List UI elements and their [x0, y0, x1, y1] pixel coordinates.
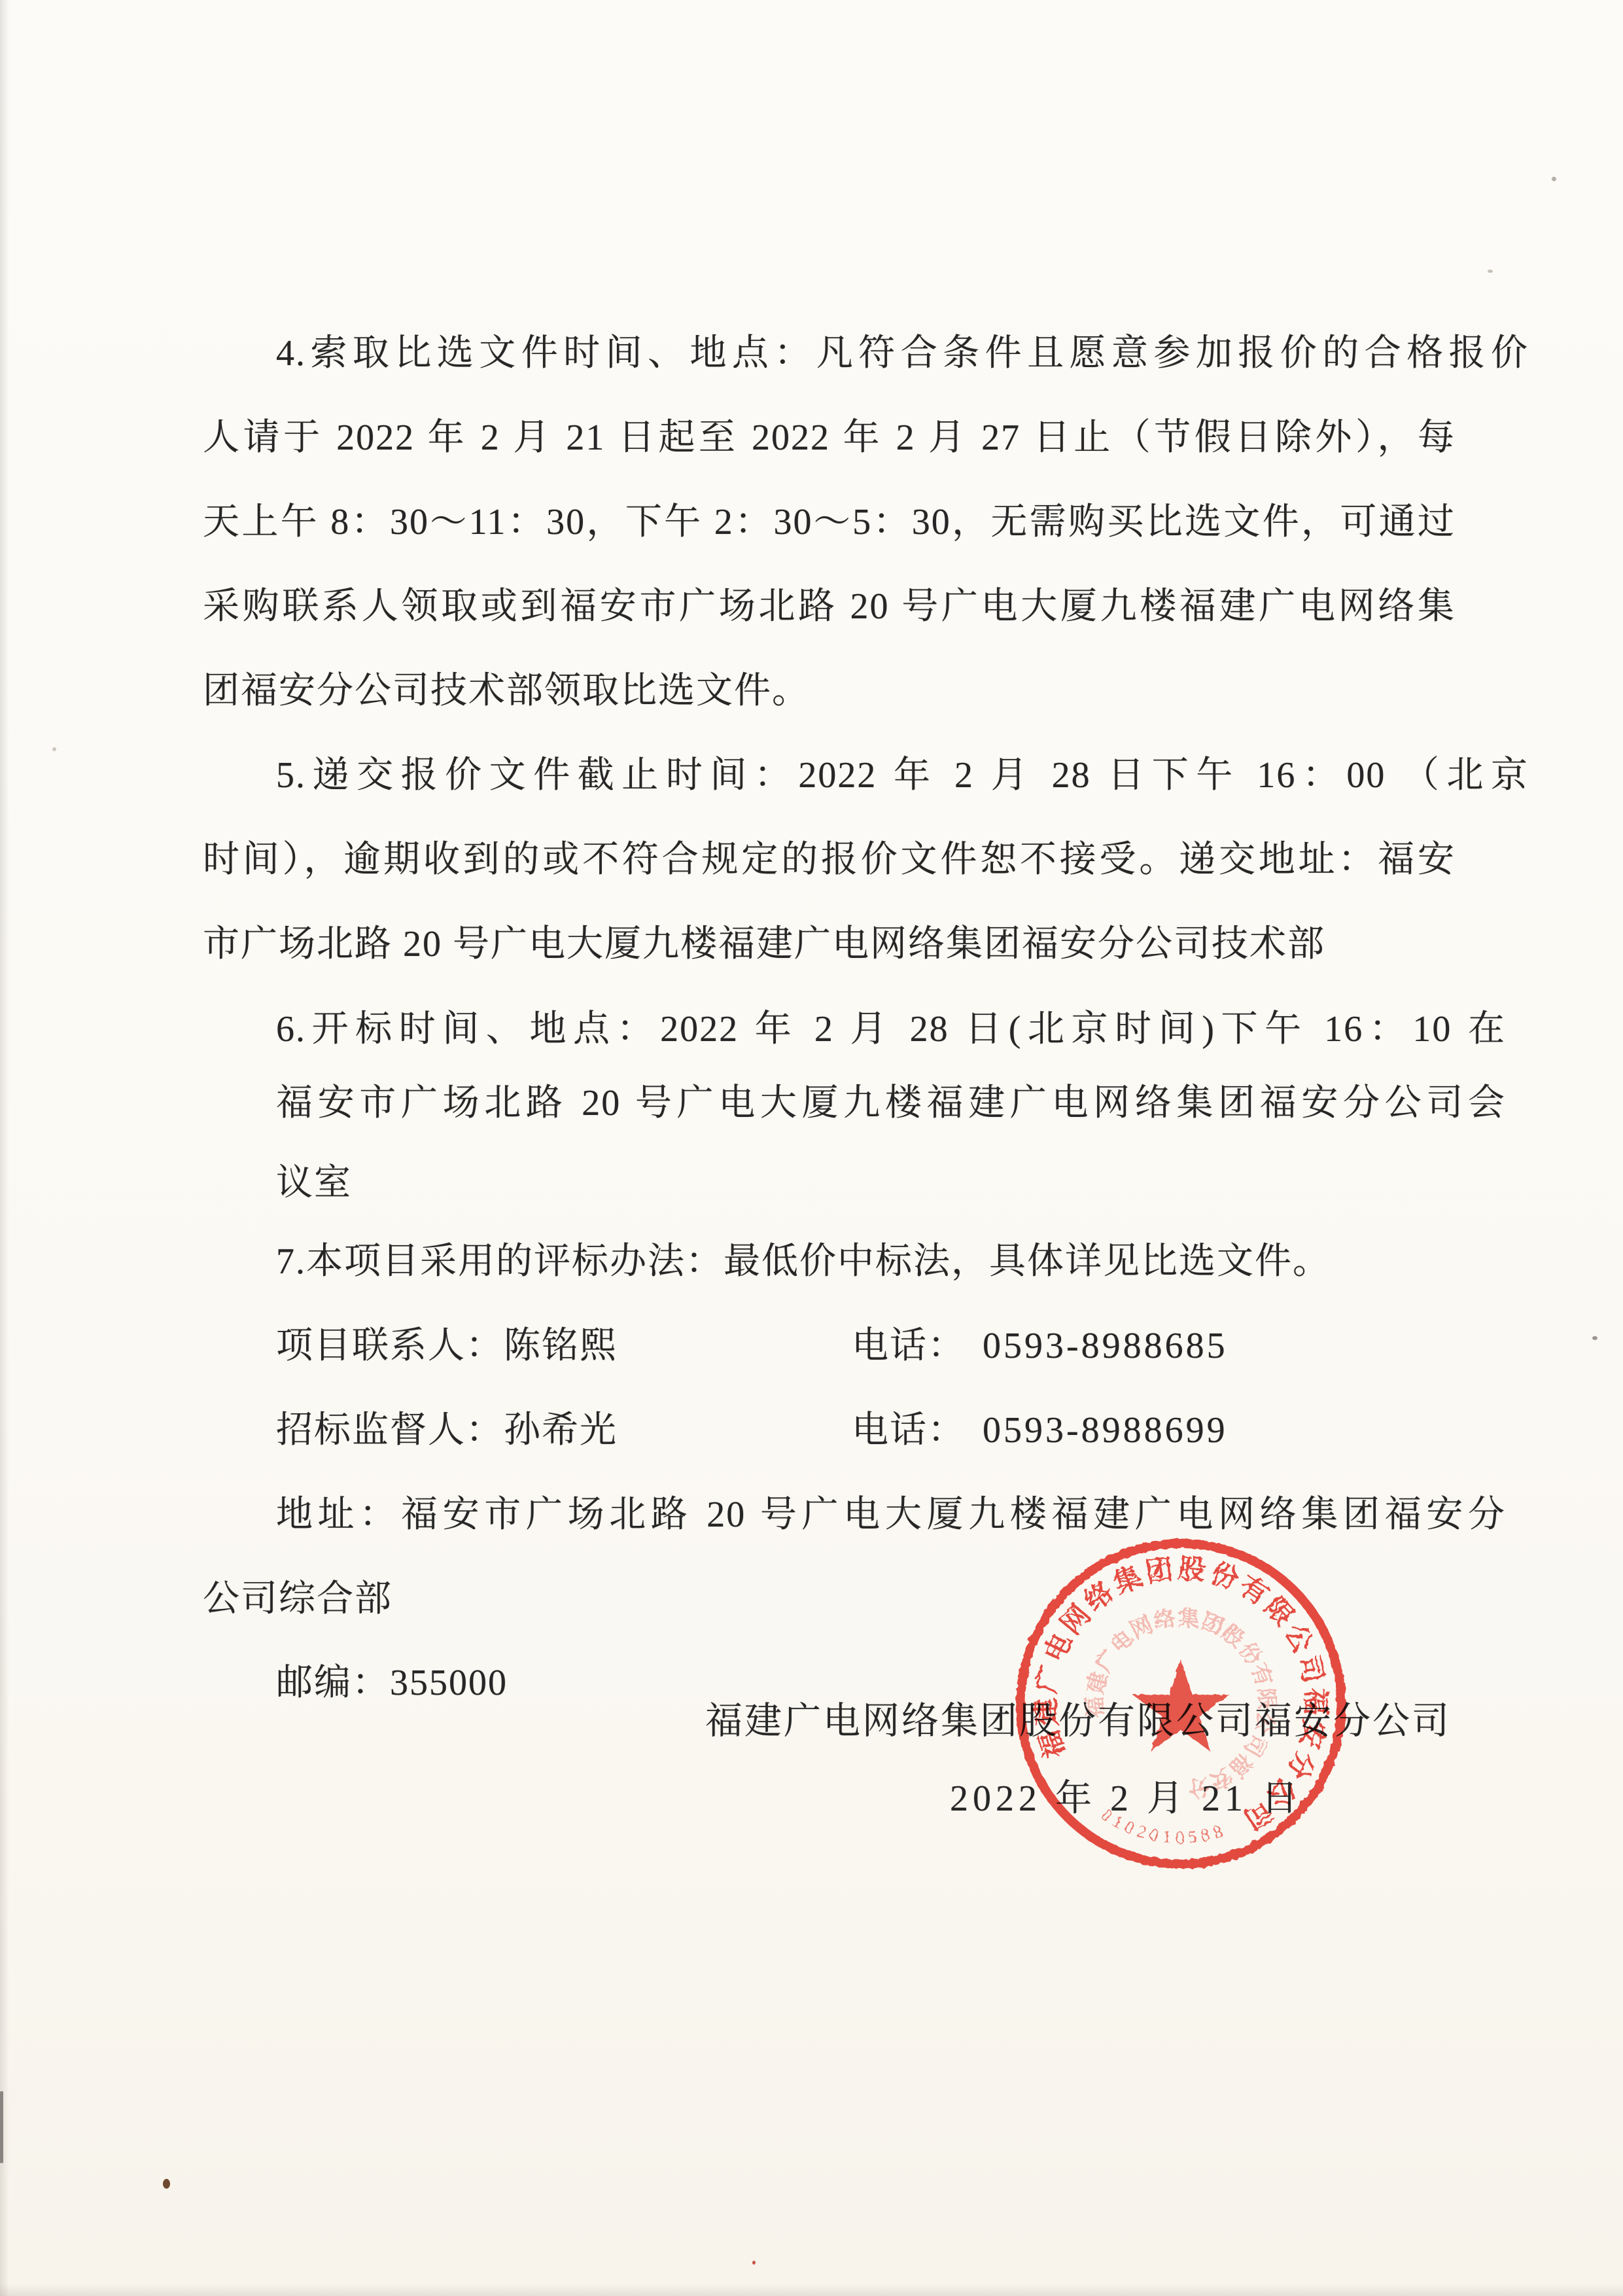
doc-line-p4-1: 4.索取比选文件时间、地点：凡符合条件且愿意参加报价的合格报价 — [203, 327, 1529, 380]
scan-edge-artifact — [0, 2091, 3, 2163]
seal-serial-number: 0102010588 — [1098, 1805, 1230, 1847]
scan-speck — [52, 747, 56, 751]
scan-speck — [752, 2261, 756, 2265]
phone-number: 0593-8988685 — [983, 1320, 1228, 1372]
doc-line-p6-1: 6.开标时间、地点：2022 年 2 月 28 日(北京时间)下午 16：10 … — [203, 1003, 1506, 1055]
doc-line-p4-4: 采购联系人领取或到福安市广场北路 20 号广电大厦九楼福建广电网络集 — [203, 580, 1456, 633]
svg-text:0102010588: 0102010588 — [1098, 1805, 1230, 1847]
doc-line-p6-2: 福安市广场北路 20 号广电大厦九楼福建广电网络集团福安分公司会 — [203, 1077, 1506, 1129]
doc-line-p4-5: 团福安分公司技术部领取比选文件。 — [203, 665, 1456, 717]
phone-label: 电话： — [852, 1320, 966, 1372]
doc-line-p7-1: 7.本项目采用的评标办法：最低价中标法，具体详见比选文件。 — [203, 1235, 1529, 1288]
contact-row-project: 项目联系人：陈铭熙 电话： 0593-8988685 — [203, 1320, 1456, 1372]
phone-number: 0593-8988699 — [983, 1404, 1228, 1457]
star-icon — [1132, 1659, 1229, 1752]
doc-line-p4-2: 人请于 2022 年 2 月 21 日起至 2022 年 2 月 27 日止（节… — [203, 412, 1456, 464]
phone-label: 电话： — [852, 1404, 966, 1457]
doc-line-p4-3: 天上午 8：30～11：30，下午 2：30～5：30，无需购买比选文件，可通过 — [203, 496, 1456, 548]
doc-line-p6-3: 议室 — [203, 1157, 1529, 1209]
scanned-document-page: 4.索取比选文件时间、地点：凡符合条件且愿意参加报价的合格报价 人请于 2022… — [0, 0, 1623, 2296]
contact-row-supervisor: 招标监督人：孙希光 电话： 0593-8988699 — [203, 1404, 1456, 1457]
scan-speck — [1552, 177, 1556, 181]
scan-edge-shading-left — [0, 0, 9, 2296]
scan-speck — [163, 2179, 170, 2189]
doc-line-p5-1: 5.递交报价文件截止时间：2022 年 2 月 28 日下午 16：00 （北京 — [203, 749, 1529, 802]
scan-speck — [1488, 270, 1493, 273]
scan-edge-shading-bottom — [0, 2284, 1623, 2296]
scan-speck — [1592, 1336, 1597, 1340]
doc-line-p5-2: 时间），逾期收到的或不符合规定的报价文件恕不接受。递交地址：福安 — [203, 834, 1456, 886]
doc-line-p5-3: 市广场北路 20 号广电大厦九楼福建广电网络集团福安分公司技术部 — [203, 918, 1456, 970]
contact-person-label: 项目联系人：陈铭熙 — [276, 1320, 618, 1372]
supervisor-label: 招标监督人：孙希光 — [276, 1404, 618, 1457]
company-seal: 福建广电网络集团股份有限公司福安分公司 福建广电网络集团股份有限公司福安分公司 … — [1011, 1532, 1351, 1879]
